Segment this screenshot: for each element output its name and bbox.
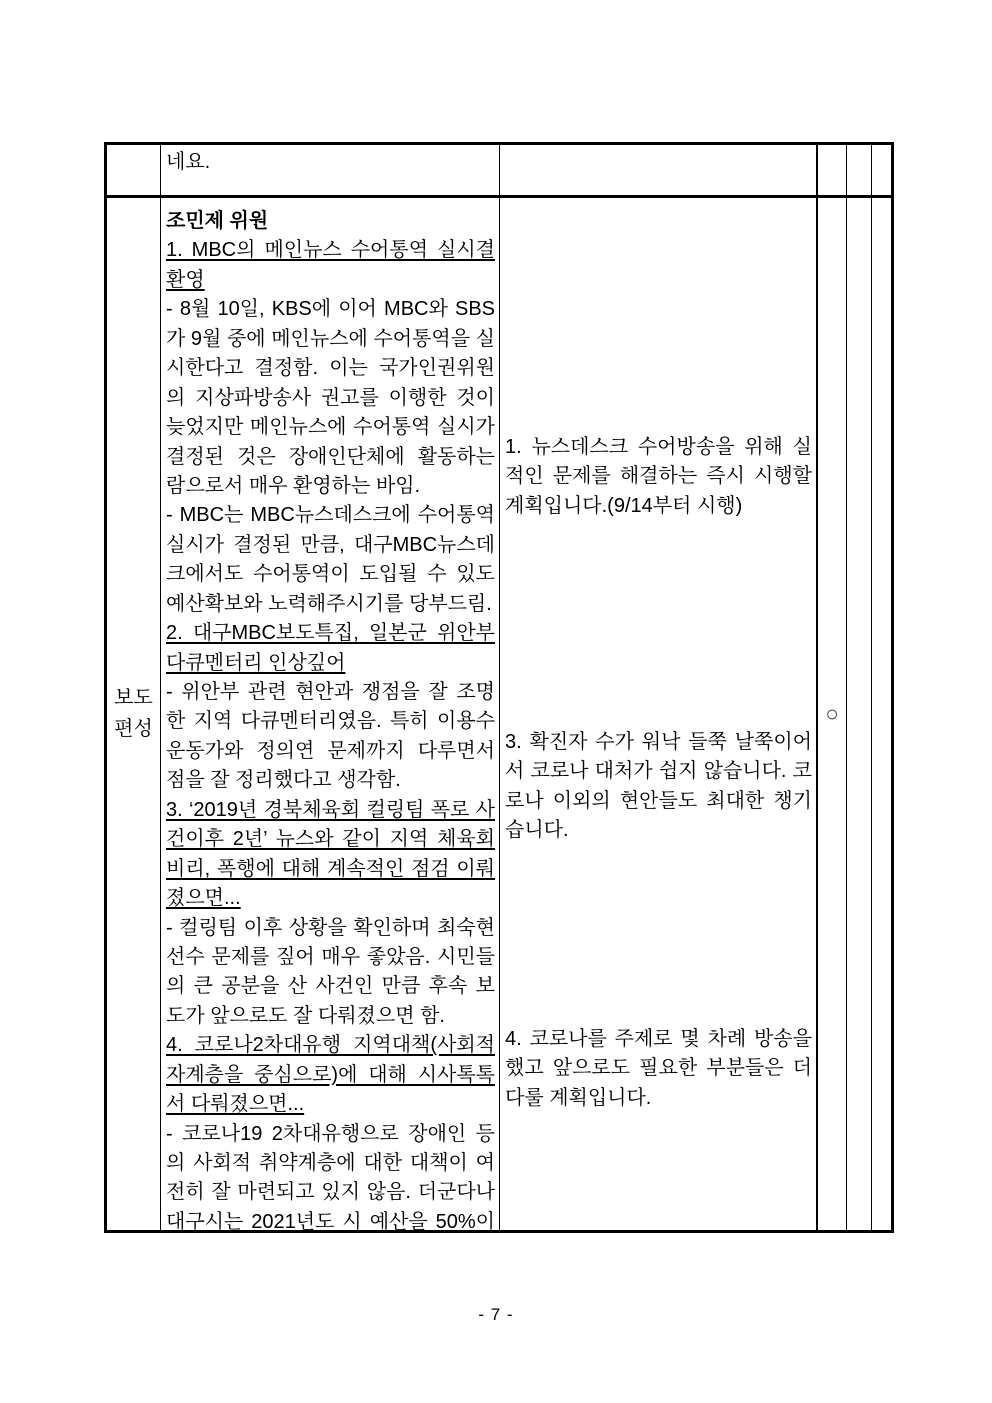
status-cell-3 bbox=[872, 198, 892, 1230]
table-row-previous: 네요. bbox=[107, 145, 891, 198]
minutes-table: 네요. 보도편성 조민제 위원1. MBC의 메인뉴스 수어통역 실시결정환영-… bbox=[104, 142, 894, 1233]
response-line: 1. 뉴스데스크 수어방송을 위해 실무 bbox=[505, 433, 812, 462]
opinion-line: 다큐멘터리 인상깊어 bbox=[166, 649, 495, 678]
opinion-line: 서 다뤄졌으면... bbox=[166, 1090, 495, 1119]
response-line: 로나 이외의 현안들도 최대한 챙기겠 bbox=[505, 787, 812, 816]
opinion-line: 1. MBC의 메인뉴스 수어통역 실시결정 bbox=[166, 236, 495, 265]
table-row-bodo-pyeonseong: 보도편성 조민제 위원1. MBC의 메인뉴스 수어통역 실시결정환영- 8월 … bbox=[107, 198, 891, 1230]
opinion-line: 점을 잘 정리했다고 생각함. bbox=[166, 766, 495, 795]
opinion-line: 대구시는 2021년도 시 예산을 50%이 bbox=[166, 1208, 495, 1230]
circle-mark: ○ bbox=[825, 703, 838, 725]
response-line: 적인 문제를 해결하는 즉시 시행할 bbox=[505, 462, 812, 491]
prev-opinion-cell: 네요. bbox=[161, 145, 500, 195]
opinion-cell: 조민제 위원1. MBC의 메인뉴스 수어통역 실시결정환영- 8월 10일, … bbox=[161, 198, 500, 1230]
opinion-line: 의 사회적 취약계층에 대한 대책이 여 bbox=[166, 1149, 495, 1178]
response-line: 했고 앞으로도 필요한 부분들은 더 bbox=[505, 1054, 812, 1083]
opinion-line: - 코로나19 2차대유행으로 장애인 등 bbox=[166, 1120, 495, 1149]
response-item-4: 4. 코로나를 주제로 몇 차례 방송을했고 앞으로도 필요한 부분들은 더다룰… bbox=[505, 1025, 812, 1113]
prev-category-cell bbox=[107, 145, 161, 195]
document-page: 네요. 보도편성 조민제 위원1. MBC의 메인뉴스 수어통역 실시결정환영-… bbox=[0, 0, 992, 1403]
response-line: 서 코로나 대처가 쉽지 않습니다. 코 bbox=[505, 757, 812, 786]
opinion-line: 선수 문제를 짚어 매우 좋았음. 시민들 bbox=[166, 943, 495, 972]
opinion-line: 예산확보와 노력해주시기를 당부드림. bbox=[166, 590, 495, 619]
speaker-name: 조민제 위원 bbox=[166, 207, 495, 236]
opinion-line: 3. ‘2019년 경북체육회 컬링팀 폭로 사 bbox=[166, 796, 495, 825]
prev-status-cell-3 bbox=[872, 145, 892, 195]
opinion-line: - MBC는 MBC뉴스데스크에 수어통역 bbox=[166, 501, 495, 530]
response-line: 4. 코로나를 주제로 몇 차례 방송을 bbox=[505, 1025, 812, 1054]
status-cell-1: ○ bbox=[818, 198, 847, 1230]
opinion-line: 2. 대구MBC보도특집, 일본군 위안부 bbox=[166, 619, 495, 648]
status-cell-2 bbox=[847, 198, 872, 1230]
opinion-line: - 8월 10일, KBS에 이어 MBC와 SBS bbox=[166, 295, 495, 324]
prev-status-cell-2 bbox=[847, 145, 872, 195]
response-item-3: 3. 확진자 수가 워낙 들쭉 날쭉이어서 코로나 대처가 쉽지 않습니다. 코… bbox=[505, 728, 812, 846]
category-cell: 보도편성 bbox=[107, 198, 161, 1230]
opinion-line: 크에서도 수어통역이 도입될 수 있도록 bbox=[166, 560, 495, 589]
response-line: 3. 확진자 수가 워낙 들쭉 날쭉이어 bbox=[505, 728, 812, 757]
opinion-line: 운동가와 정의연 문제까지 다루면서 쟁 bbox=[166, 737, 495, 766]
prev-response-cell bbox=[500, 145, 818, 195]
page-number: - 7 - bbox=[0, 1305, 992, 1325]
category-label: 편성 bbox=[114, 714, 153, 746]
opinion-line: 4. 코로나2차대유행 지역대책(사회적약 bbox=[166, 1031, 495, 1060]
response-line: 습니다. bbox=[505, 816, 812, 845]
opinion-line: 늦었지만 메인뉴스에 수어통역 실시가 bbox=[166, 413, 495, 442]
opinion-line: - 컬링팀 이후 상황을 확인하며 최숙현 bbox=[166, 914, 495, 943]
prev-opinion-text: 네요. bbox=[166, 148, 495, 177]
opinion-line: 가 9월 중에 메인뉴스에 수어통역을 실 bbox=[166, 325, 495, 354]
opinion-line: 비리, 폭행에 대해 계속적인 점검 이뤄 bbox=[166, 855, 495, 884]
opinion-line: 실시가 결정된 만큼, 대구MBC뉴스데스 bbox=[166, 531, 495, 560]
opinion-line: 의 큰 공분을 산 사건인 만큼 후속 보 bbox=[166, 972, 495, 1001]
opinion-line: 건이후 2년’ 뉴스와 같이 지역 체육회 bbox=[166, 825, 495, 854]
prev-status-cell-1 bbox=[818, 145, 847, 195]
opinion-line: 자계층을 중심으로)에 대해 시사톡톡에 bbox=[166, 1061, 495, 1090]
opinion-line: 람으로서 매우 환영하는 바임. bbox=[166, 472, 495, 501]
response-line: 계획입니다.(9/14부터 시행) bbox=[505, 492, 812, 521]
opinion-line: - 위안부 관련 현안과 쟁점을 잘 조명 bbox=[166, 678, 495, 707]
opinion-line: 도가 앞으로도 잘 다뤄졌으면 함. bbox=[166, 1002, 495, 1031]
opinion-line: 의 지상파방송사 권고를 이행한 것이며 bbox=[166, 384, 495, 413]
category-label: 보도 bbox=[114, 683, 153, 715]
response-cell: 1. 뉴스데스크 수어방송을 위해 실무적인 문제를 해결하는 즉시 시행할계획… bbox=[500, 198, 818, 1230]
response-line: 다룰 계획입니다. bbox=[505, 1084, 812, 1113]
opinion-line: 전히 잘 마련되고 있지 않음. 더군다나 bbox=[166, 1178, 495, 1207]
response-item-1: 1. 뉴스데스크 수어방송을 위해 실무적인 문제를 해결하는 즉시 시행할계획… bbox=[505, 433, 812, 521]
opinion-line: 결정된 것은 장애인단체에 활동하는 사 bbox=[166, 443, 495, 472]
opinion-line: 한 지역 다큐멘터리였음. 특히 이용수 bbox=[166, 707, 495, 736]
opinion-line: 시한다고 결정함. 이는 국가인권위원회 bbox=[166, 354, 495, 383]
opinion-line: 졌으면... bbox=[166, 884, 495, 913]
opinion-line: 환영 bbox=[166, 266, 495, 295]
